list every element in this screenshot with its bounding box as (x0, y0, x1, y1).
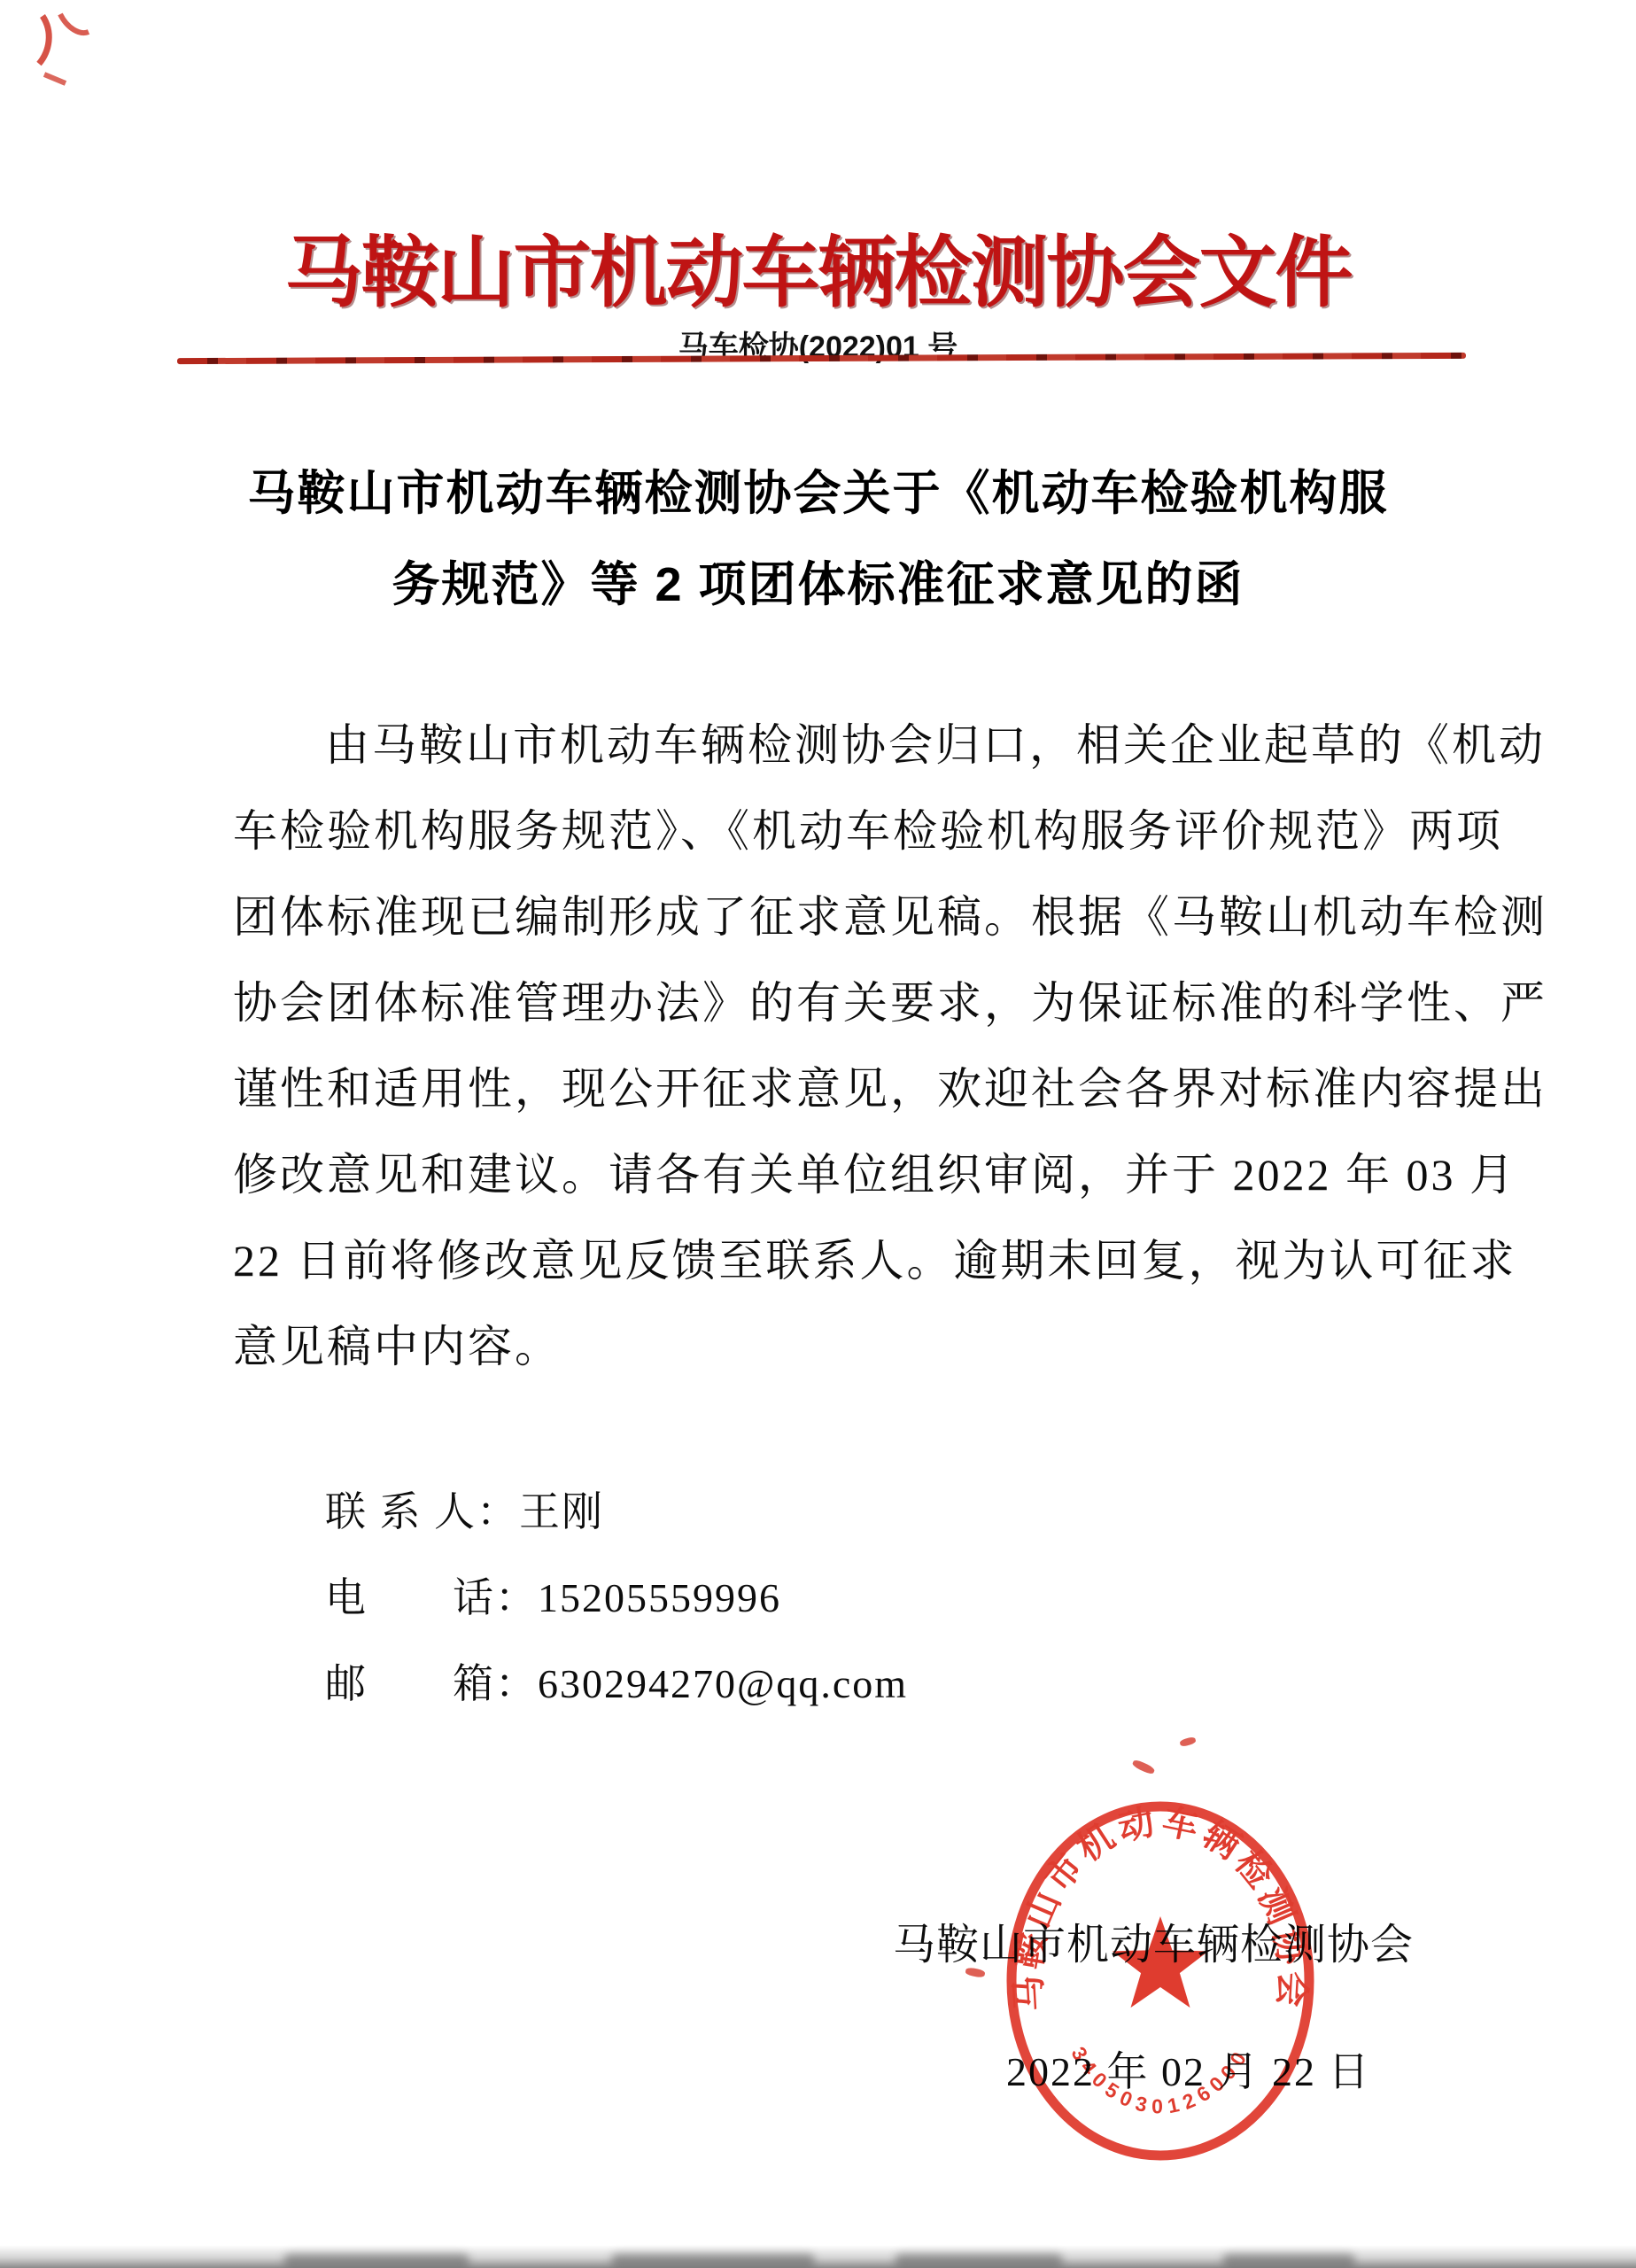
scan-smudge (283, 2254, 469, 2268)
scan-smudge (895, 2254, 1063, 2268)
org-title: 马鞍山市机动车辆检测协会文件 (0, 211, 1636, 322)
body-line: 团体标准现已编制形成了征求意见稿。根据《马鞍山机动车检测 (233, 882, 1547, 945)
body-line: 由马鞍山市机动车辆检测协会归口，相关企业起草的《机动 (325, 710, 1546, 773)
contact-email: 邮 箱：630294270@qq.com (325, 1651, 908, 1710)
body-line: 车检验机构服务规范》、《机动车检验机构服务评价规范》两项 (233, 796, 1503, 859)
pen-mark-icon (27, 5, 124, 103)
scan-edge-band (0, 2245, 1636, 2268)
subject-title-line-2: 务规范》等 2 项团体标准征求意见的函 (0, 547, 1636, 615)
contact-phone: 电 话：15205559996 (325, 1565, 781, 1624)
official-stamp: 马鞍山市机动车辆检测协会 3405030126000 (983, 1777, 1337, 2185)
ink-speck (1179, 1736, 1196, 1747)
contact-person: 联 系 人：王刚 (325, 1480, 604, 1538)
body-line: 意见稿中内容。 (233, 1311, 562, 1375)
body-line: 22 日前将修改意见反馈至联系人。逾期未回复，视为认可征求 (233, 1225, 1517, 1289)
scan-smudge (611, 2254, 815, 2268)
subject-title-line-1: 马鞍山市机动车辆检测协会关于《机动车检验机构服 (0, 455, 1636, 524)
document-page: 马鞍山市机动车辆检测协会文件 马车检协(2022)01 号 马鞍山市机动车辆检测… (0, 0, 1636, 2268)
ink-speck (1131, 1759, 1155, 1775)
body-line: 谨性和适用性，现公开征求意见，欢迎社会各界对标准内容提出 (233, 1053, 1547, 1117)
scan-smudge (1222, 2254, 1355, 2268)
stamp-star-icon (1113, 1916, 1208, 2008)
stamp-serial: 3405030126000 (1066, 2043, 1253, 2118)
body-line: 协会团体标准管理办法》的有关要求，为保证标准的科学性、严 (233, 967, 1547, 1031)
body-line: 修改意见和建议。请各有关单位组织审阅，并于 2022 年 03 月 (233, 1139, 1516, 1203)
